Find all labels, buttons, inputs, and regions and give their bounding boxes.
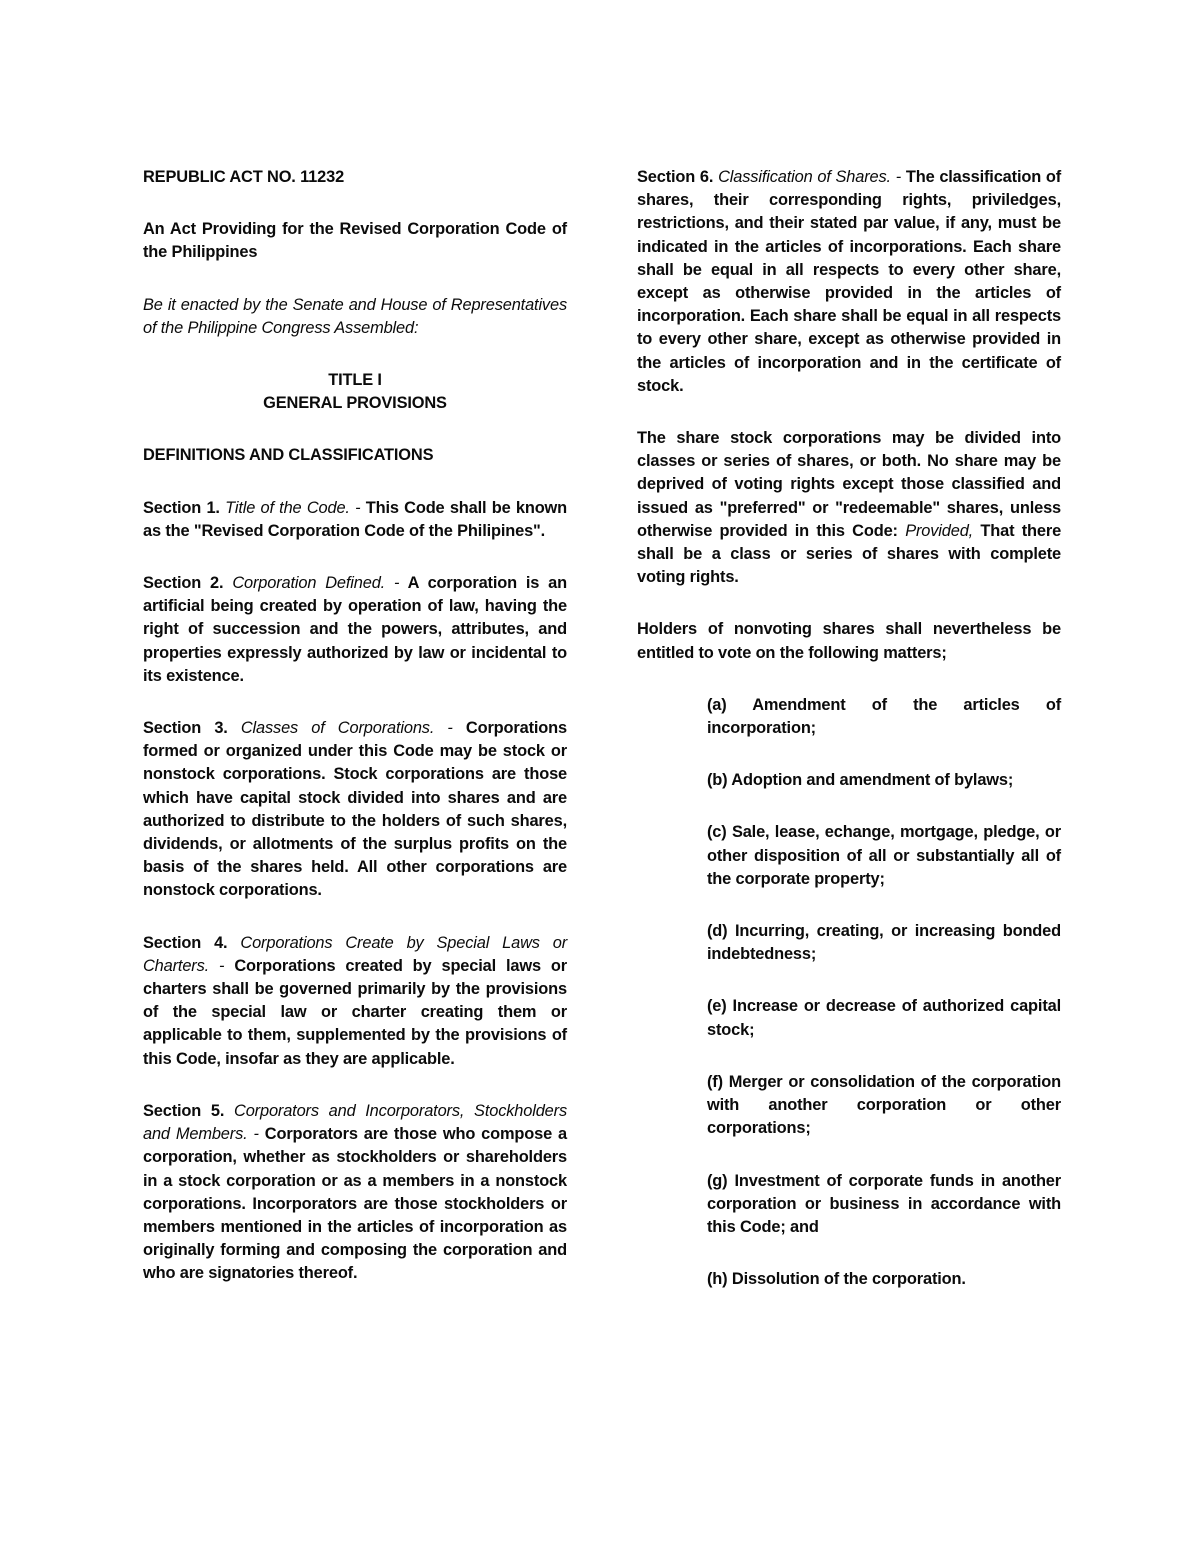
voting-matter-marker: (d) (707, 922, 727, 940)
voting-matter-item-e: (e) Increase or decrease of authorized c… (707, 995, 1061, 1041)
title-heading: TITLE I (143, 369, 567, 392)
voting-matter-item-g: (g) Investment of corporate funds in ano… (707, 1170, 1061, 1240)
voting-matter-marker: (e) (707, 997, 727, 1015)
chapter-heading: DEFINITIONS AND CLASSIFICATIONS (143, 444, 567, 467)
voting-matter-marker: (c) (707, 823, 727, 841)
left-column: REPUBLIC ACT NO. 11232 An Act Providing … (143, 166, 567, 1320)
share-classes-paragraph: The share stock corporations may be divi… (637, 427, 1061, 589)
section-name: Corporation Defined. - (232, 574, 399, 592)
title-heading-block: TITLE I GENERAL PROVISIONS (143, 369, 567, 415)
section-paragraph-4: Section 4. Corporations Create by Specia… (143, 932, 567, 1071)
section-paragraph-5: Section 5. Corporators and Incorporators… (143, 1100, 567, 1286)
enacting-clause: Be it enacted by the Senate and House of… (143, 294, 567, 340)
right-column: Section 6. Classification of Shares. - T… (637, 166, 1061, 1320)
section-paragraph-6: Section 6. Classification of Shares. - T… (637, 166, 1061, 398)
section-label: Section 4. (143, 934, 227, 952)
share-classes-proviso: Provided, (905, 522, 973, 540)
act-number-heading: REPUBLIC ACT NO. 11232 (143, 166, 567, 189)
voting-matter-text: Merger or consolidation of the corporati… (707, 1073, 1061, 1137)
document-page: REPUBLIC ACT NO. 11232 An Act Providing … (143, 166, 1061, 1320)
nonvoting-paragraph: Holders of nonvoting shares shall nevert… (637, 618, 1061, 664)
voting-matter-text: Dissolution of the corporation. (732, 1270, 966, 1288)
voting-matter-marker: (h) (707, 1270, 727, 1288)
section-label: Section 2. (143, 574, 223, 592)
section-name: Classes of Corporations. - (241, 719, 453, 737)
voting-matter-item-c: (c) Sale, lease, echange, mortgage, pled… (707, 821, 1061, 891)
voting-matter-text: Investment of corporate funds in another… (707, 1172, 1061, 1236)
voting-matter-item-h: (h) Dissolution of the corporation. (707, 1268, 1061, 1291)
voting-matter-item-a: (a) Amendment of the articles of incorpo… (707, 694, 1061, 740)
section-body: Corporations formed or organized under t… (143, 719, 567, 899)
section-label: Section 3. (143, 719, 228, 737)
voting-matter-item-d: (d) Incurring, creating, or increasing b… (707, 920, 1061, 966)
voting-matter-text: Increase or decrease of authorized capit… (707, 997, 1061, 1038)
title-subheading: GENERAL PROVISIONS (143, 392, 567, 415)
section-paragraph-2: Section 2. Corporation Defined. - A corp… (143, 572, 567, 688)
voting-matter-marker: (f) (707, 1073, 723, 1091)
voting-matter-text: Sale, lease, echange, mortgage, pledge, … (707, 823, 1061, 887)
section-body: The classification of shares, their corr… (637, 168, 1061, 395)
section-name: Classification of Shares. - (718, 168, 901, 186)
section-paragraph-3: Section 3. Classes of Corporations. - Co… (143, 717, 567, 903)
section-label: Section 6. (637, 168, 713, 186)
section-name: Title of the Code. - (225, 499, 360, 517)
voting-matter-text: Adoption and amendment of bylaws; (731, 771, 1013, 789)
section-label: Section 5. (143, 1102, 224, 1120)
section-body: Corporators are those who compose a corp… (143, 1125, 567, 1282)
act-title: An Act Providing for the Revised Corpora… (143, 218, 567, 264)
section-paragraph-1: Section 1. Title of the Code. - This Cod… (143, 497, 567, 543)
voting-matter-marker: (b) (707, 771, 727, 789)
voting-matter-text: Incurring, creating, or increasing bonde… (707, 922, 1061, 963)
voting-matter-marker: (a) (707, 696, 727, 714)
voting-matter-marker: (g) (707, 1172, 727, 1190)
voting-matter-item-b: (b) Adoption and amendment of bylaws; (707, 769, 1061, 792)
section-label: Section 1. (143, 499, 220, 517)
voting-matter-item-f: (f) Merger or consolidation of the corpo… (707, 1071, 1061, 1141)
voting-matter-text: Amendment of the articles of incorporati… (707, 696, 1061, 737)
